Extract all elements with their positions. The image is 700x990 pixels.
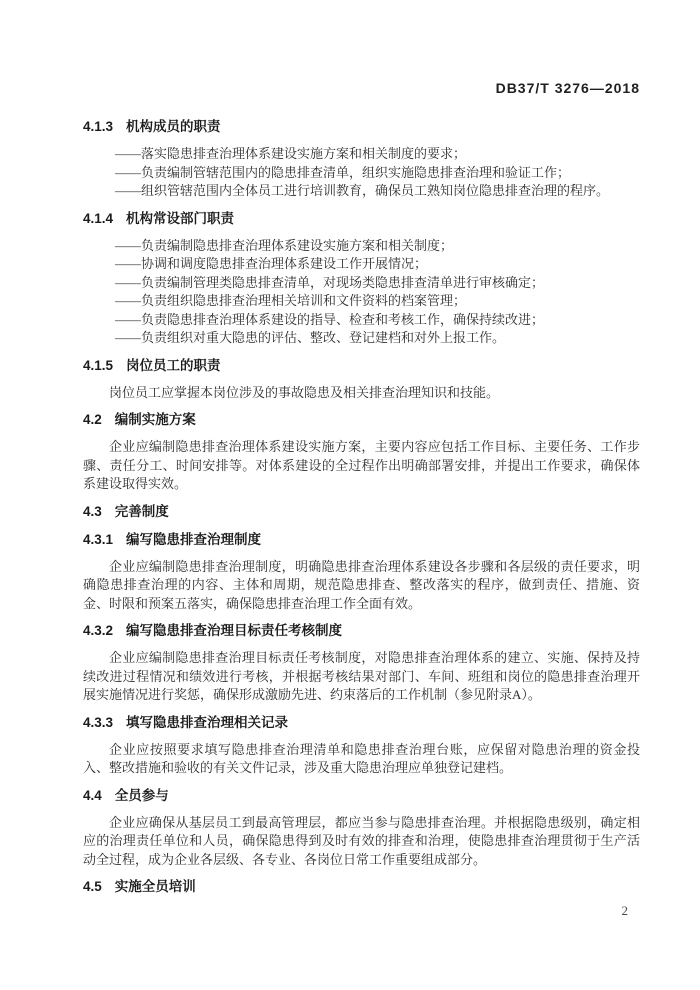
list-item: ——协调和调度隐患排查治理体系建设工作开展情况； bbox=[115, 255, 640, 274]
section-number: 4.3.1 bbox=[83, 530, 113, 549]
section-title: 机构成员的职责 bbox=[126, 117, 221, 136]
section-4-3-3-paragraph: 企业应按照要求填写隐患排查治理清单和隐患排查治理台账，应保留对隐患治理的资金投入… bbox=[83, 741, 640, 778]
section-4-3-1-paragraph: 企业应编制隐患排查治理制度，明确隐患排查治理体系建设各步骤和各层级的责任要求，明… bbox=[83, 558, 640, 614]
section-number: 4.1.3 bbox=[83, 117, 113, 136]
section-number: 4.3.3 bbox=[83, 713, 113, 732]
section-4-2-paragraph: 企业应编制隐患排查治理体系建设实施方案，主要内容应包括工作目标、主要任务、工作步… bbox=[83, 438, 640, 494]
section-4-3-1-heading: 4.3.1 编写隐患排查治理制度 bbox=[83, 530, 640, 549]
section-4-3-2-heading: 4.3.2 编写隐患排查治理目标责任考核制度 bbox=[83, 621, 640, 640]
list-item: ——负责组织对重大隐患的评估、整改、登记建档和对外上报工作。 bbox=[115, 329, 640, 348]
section-4-1-5-heading: 4.1.5 岗位员工的职责 bbox=[83, 356, 640, 375]
section-title: 实施全员培训 bbox=[115, 877, 196, 896]
section-title: 完善制度 bbox=[115, 502, 169, 521]
list-item: ——负责编制管理类隐患排查清单，对现场类隐患排查清单进行审核确定； bbox=[115, 274, 640, 293]
section-4-3-3-heading: 4.3.3 填写隐患排查治理相关记录 bbox=[83, 713, 640, 732]
document-page: DB37/T 3276—2018 4.1.3 机构成员的职责 ——落实隐患排查治… bbox=[0, 0, 700, 990]
doc-number: DB37/T 3276—2018 bbox=[83, 80, 640, 96]
section-4-4-heading: 4.4 全员参与 bbox=[83, 786, 640, 805]
page-number: 2 bbox=[622, 903, 629, 919]
list-item: ——负责隐患排查治理体系建设的指导、检查和考核工作，确保持续改进； bbox=[115, 311, 640, 330]
section-4-1-4-list: ——负责编制隐患排查治理体系建设实施方案和相关制度； ——协调和调度隐患排查治理… bbox=[83, 237, 640, 348]
section-4-1-3-list: ——落实隐患排查治理体系建设实施方案和相关制度的要求； ——负责编制管辖范围内的… bbox=[83, 145, 640, 201]
list-item: ——组织管辖范围内全体员工进行培训教育，确保员工熟知岗位隐患排查治理的程序。 bbox=[115, 182, 640, 201]
section-4-4-paragraph: 企业应确保从基层员工到最高管理层，都应当参与隐患排查治理。并根据隐患级别，确定相… bbox=[83, 814, 640, 870]
section-title: 机构常设部门职责 bbox=[126, 209, 234, 228]
section-4-2-heading: 4.2 编制实施方案 bbox=[83, 410, 640, 429]
section-title: 编制实施方案 bbox=[115, 410, 196, 429]
section-title: 填写隐患排查治理相关记录 bbox=[126, 713, 288, 732]
section-4-1-4-heading: 4.1.4 机构常设部门职责 bbox=[83, 209, 640, 228]
section-4-3-heading: 4.3 完善制度 bbox=[83, 502, 640, 521]
list-item: ——负责编制隐患排查治理体系建设实施方案和相关制度； bbox=[115, 237, 640, 256]
section-title: 岗位员工的职责 bbox=[126, 356, 221, 375]
section-number: 4.1.5 bbox=[83, 356, 113, 375]
section-number: 4.3 bbox=[83, 502, 102, 521]
list-item: ——负责组织隐患排查治理相关培训和文件资料的档案管理； bbox=[115, 292, 640, 311]
section-title: 全员参与 bbox=[115, 786, 169, 805]
section-title: 编写隐患排查治理目标责任考核制度 bbox=[126, 621, 342, 640]
section-number: 4.3.2 bbox=[83, 621, 113, 640]
list-item: ——负责编制管辖范围内的隐患排查清单，组织实施隐患排查治理和验证工作； bbox=[115, 164, 640, 183]
section-4-1-5-paragraph: 岗位员工应掌握本岗位涉及的事故隐患及相关排查治理知识和技能。 bbox=[83, 384, 640, 403]
section-4-5-heading: 4.5 实施全员培训 bbox=[83, 877, 640, 896]
section-number: 4.1.4 bbox=[83, 209, 113, 228]
section-4-1-3-heading: 4.1.3 机构成员的职责 bbox=[83, 117, 640, 136]
section-number: 4.4 bbox=[83, 786, 102, 805]
section-number: 4.5 bbox=[83, 877, 102, 896]
section-number: 4.2 bbox=[83, 410, 102, 429]
section-title: 编写隐患排查治理制度 bbox=[126, 530, 261, 549]
list-item: ——落实隐患排查治理体系建设实施方案和相关制度的要求； bbox=[115, 145, 640, 164]
section-4-3-2-paragraph: 企业应编制隐患排查治理目标责任考核制度，对隐患排查治理体系的建立、实施、保持及持… bbox=[83, 649, 640, 705]
